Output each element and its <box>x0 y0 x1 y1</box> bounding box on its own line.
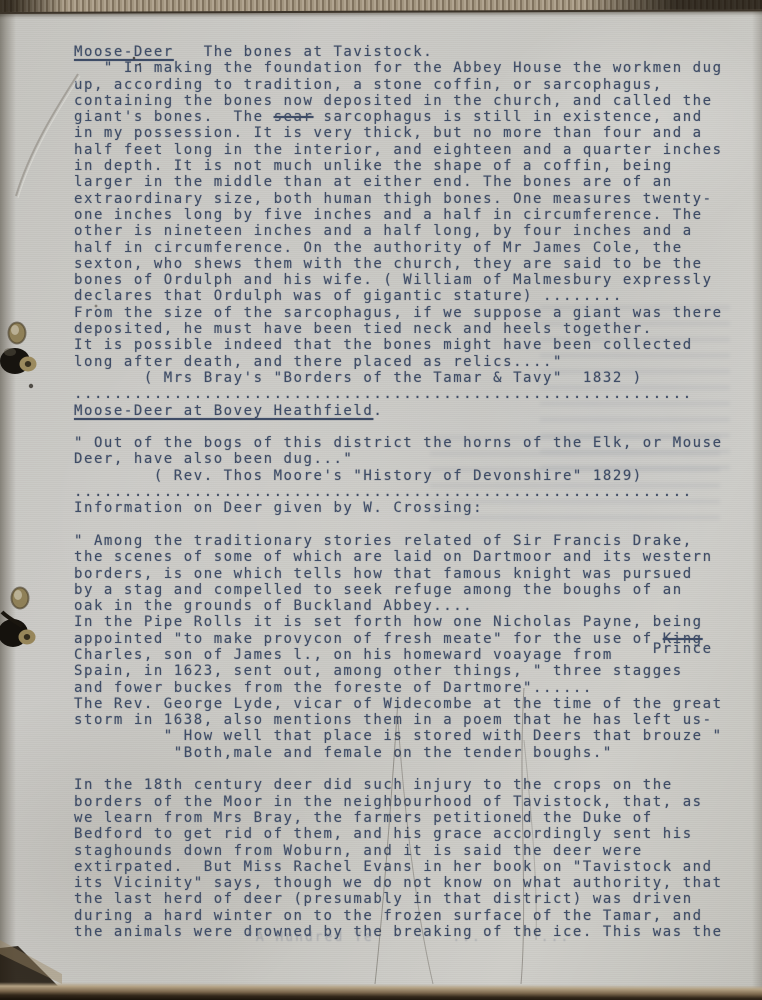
text-line: one inches long by five inches and a hal… <box>74 207 746 223</box>
text-line: Information on Deer given by W. Crossing… <box>74 500 746 516</box>
text-line: Moose-Deer The bones at Tavistock. <box>74 44 746 60</box>
text-line: borders, is one which tells how that fam… <box>74 566 746 582</box>
text-line: in my possession. It is very thick, but … <box>74 125 746 141</box>
text-line: storm in 1638, also mentions them in a p… <box>74 712 746 728</box>
text-line <box>74 419 746 435</box>
text-span: The bones at Tavistock. <box>174 44 433 60</box>
text-line: extraordinary size, both human thigh bon… <box>74 191 746 207</box>
text-span: giant's bones. The <box>74 109 274 125</box>
text-span: sarcophagus is still in existence, and <box>314 109 703 125</box>
text-line: long after death, and there placed as re… <box>74 354 746 370</box>
text-line: half feet long in the interior, and eigh… <box>74 142 746 158</box>
text-line: by a stag and compelled to seek refuge a… <box>74 582 746 598</box>
text-line: we learn from Mrs Bray, the farmers peti… <box>74 810 746 826</box>
text-line: the scenes of some of which are laid on … <box>74 549 746 565</box>
text-line: Bedford to get rid of them, and his grac… <box>74 826 746 842</box>
text-line: extirpated. But Miss Rachel Evans in her… <box>74 859 746 875</box>
text-line: other is nineteen inches and a half long… <box>74 223 746 239</box>
binding-cloth-edge <box>0 0 762 14</box>
text-line: ........................................… <box>74 386 746 402</box>
text-line: in depth. It is not much unlike the shap… <box>74 158 746 174</box>
text-line: sexton, who shews them with the church, … <box>74 256 746 272</box>
struck-out-text: sear <box>274 109 314 125</box>
text-line: appointed "to make provycon of fresh mea… <box>74 631 746 647</box>
text-line: " Out of the bogs of this district the h… <box>74 435 746 451</box>
text-line: The Rev. George Lyde, vicar of Widecombe… <box>74 696 746 712</box>
text-span: . <box>373 403 383 419</box>
text-line: up, according to tradition, a stone coff… <box>74 77 746 93</box>
text-line: declares that Ordulph was of gigantic st… <box>74 288 746 304</box>
text-line: Spain, in 1623, sent out, among other th… <box>74 663 746 679</box>
text-line: the last herd of deer (presumably in tha… <box>74 891 746 907</box>
photographed-typescript-page: Moose-Deer The bones at Tavistock. " In … <box>0 0 762 1000</box>
text-line: It is possible indeed that the bones mig… <box>74 337 746 353</box>
text-line: Deer, have also been dug..." <box>74 451 746 467</box>
text-line: containing the bones now deposited in th… <box>74 93 746 109</box>
text-line: " How well that place is stored with Dee… <box>74 728 746 744</box>
text-line: larger in the middle than at either end.… <box>74 174 746 190</box>
inserted-correction-text: Prince <box>653 641 713 657</box>
text-line: half in circumference. On the authority … <box>74 240 746 256</box>
text-line: Charles, son of James l., on his homewar… <box>74 647 746 663</box>
text-span: Charles, son of James l., on his homewar… <box>74 647 653 663</box>
text-line: and fower buckes from the foreste of Dar… <box>74 680 746 696</box>
text-line: From the size of the sarcophagus, if we … <box>74 305 746 321</box>
text-line: "Both,male and female on the tender boug… <box>74 745 746 761</box>
text-line: bones of Ordulph and his wife. ( William… <box>74 272 746 288</box>
text-line: its Vicinity" says, though we do not kno… <box>74 875 746 891</box>
text-line <box>74 761 746 777</box>
fold-crease <box>16 74 78 196</box>
text-line: In the Pipe Rolls it is set forth how on… <box>74 614 746 630</box>
text-span: appointed "to make provycon of fresh mea… <box>74 631 663 647</box>
fold-crease-highlight <box>18 76 80 198</box>
show-through-text: "A Hundred Ye ... ... <box>246 930 570 945</box>
bottom-page-edge <box>0 982 762 1000</box>
right-page-edge-shadow <box>752 0 762 1000</box>
text-line: ( Rev. Thos Moore's "History of Devonshi… <box>74 468 746 484</box>
text-line: oak in the grounds of Buckland Abbey.... <box>74 598 746 614</box>
text-line: giant's bones. The sear sarcophagus is s… <box>74 109 746 125</box>
text-line <box>74 517 746 533</box>
text-line: Moose-Deer at Bovey Heathfield. <box>74 403 746 419</box>
text-line: borders of the Moor in the neighbourhood… <box>74 794 746 810</box>
text-line: staghounds down from Woburn, and it is s… <box>74 843 746 859</box>
text-line: ........................................… <box>74 484 746 500</box>
text-line: " In making the foundation for the Abbey… <box>74 60 746 76</box>
text-line: In the 18th century deer did such injury… <box>74 777 746 793</box>
text-line: ( Mrs Bray's "Borders of the Tamar & Tav… <box>74 370 746 386</box>
text-line: " Among the traditionary stories related… <box>74 533 746 549</box>
left-page-edge-shadow <box>0 0 16 1000</box>
text-line: deposited, he must have been tied neck a… <box>74 321 746 337</box>
text-line: during a hard winter on to the frozen su… <box>74 908 746 924</box>
underlined-heading-text: Moose-Deer <box>74 44 174 60</box>
typewritten-text: Moose-Deer The bones at Tavistock. " In … <box>74 44 746 940</box>
underlined-heading-text: Moose-Deer at Bovey Heathfield <box>74 403 373 419</box>
